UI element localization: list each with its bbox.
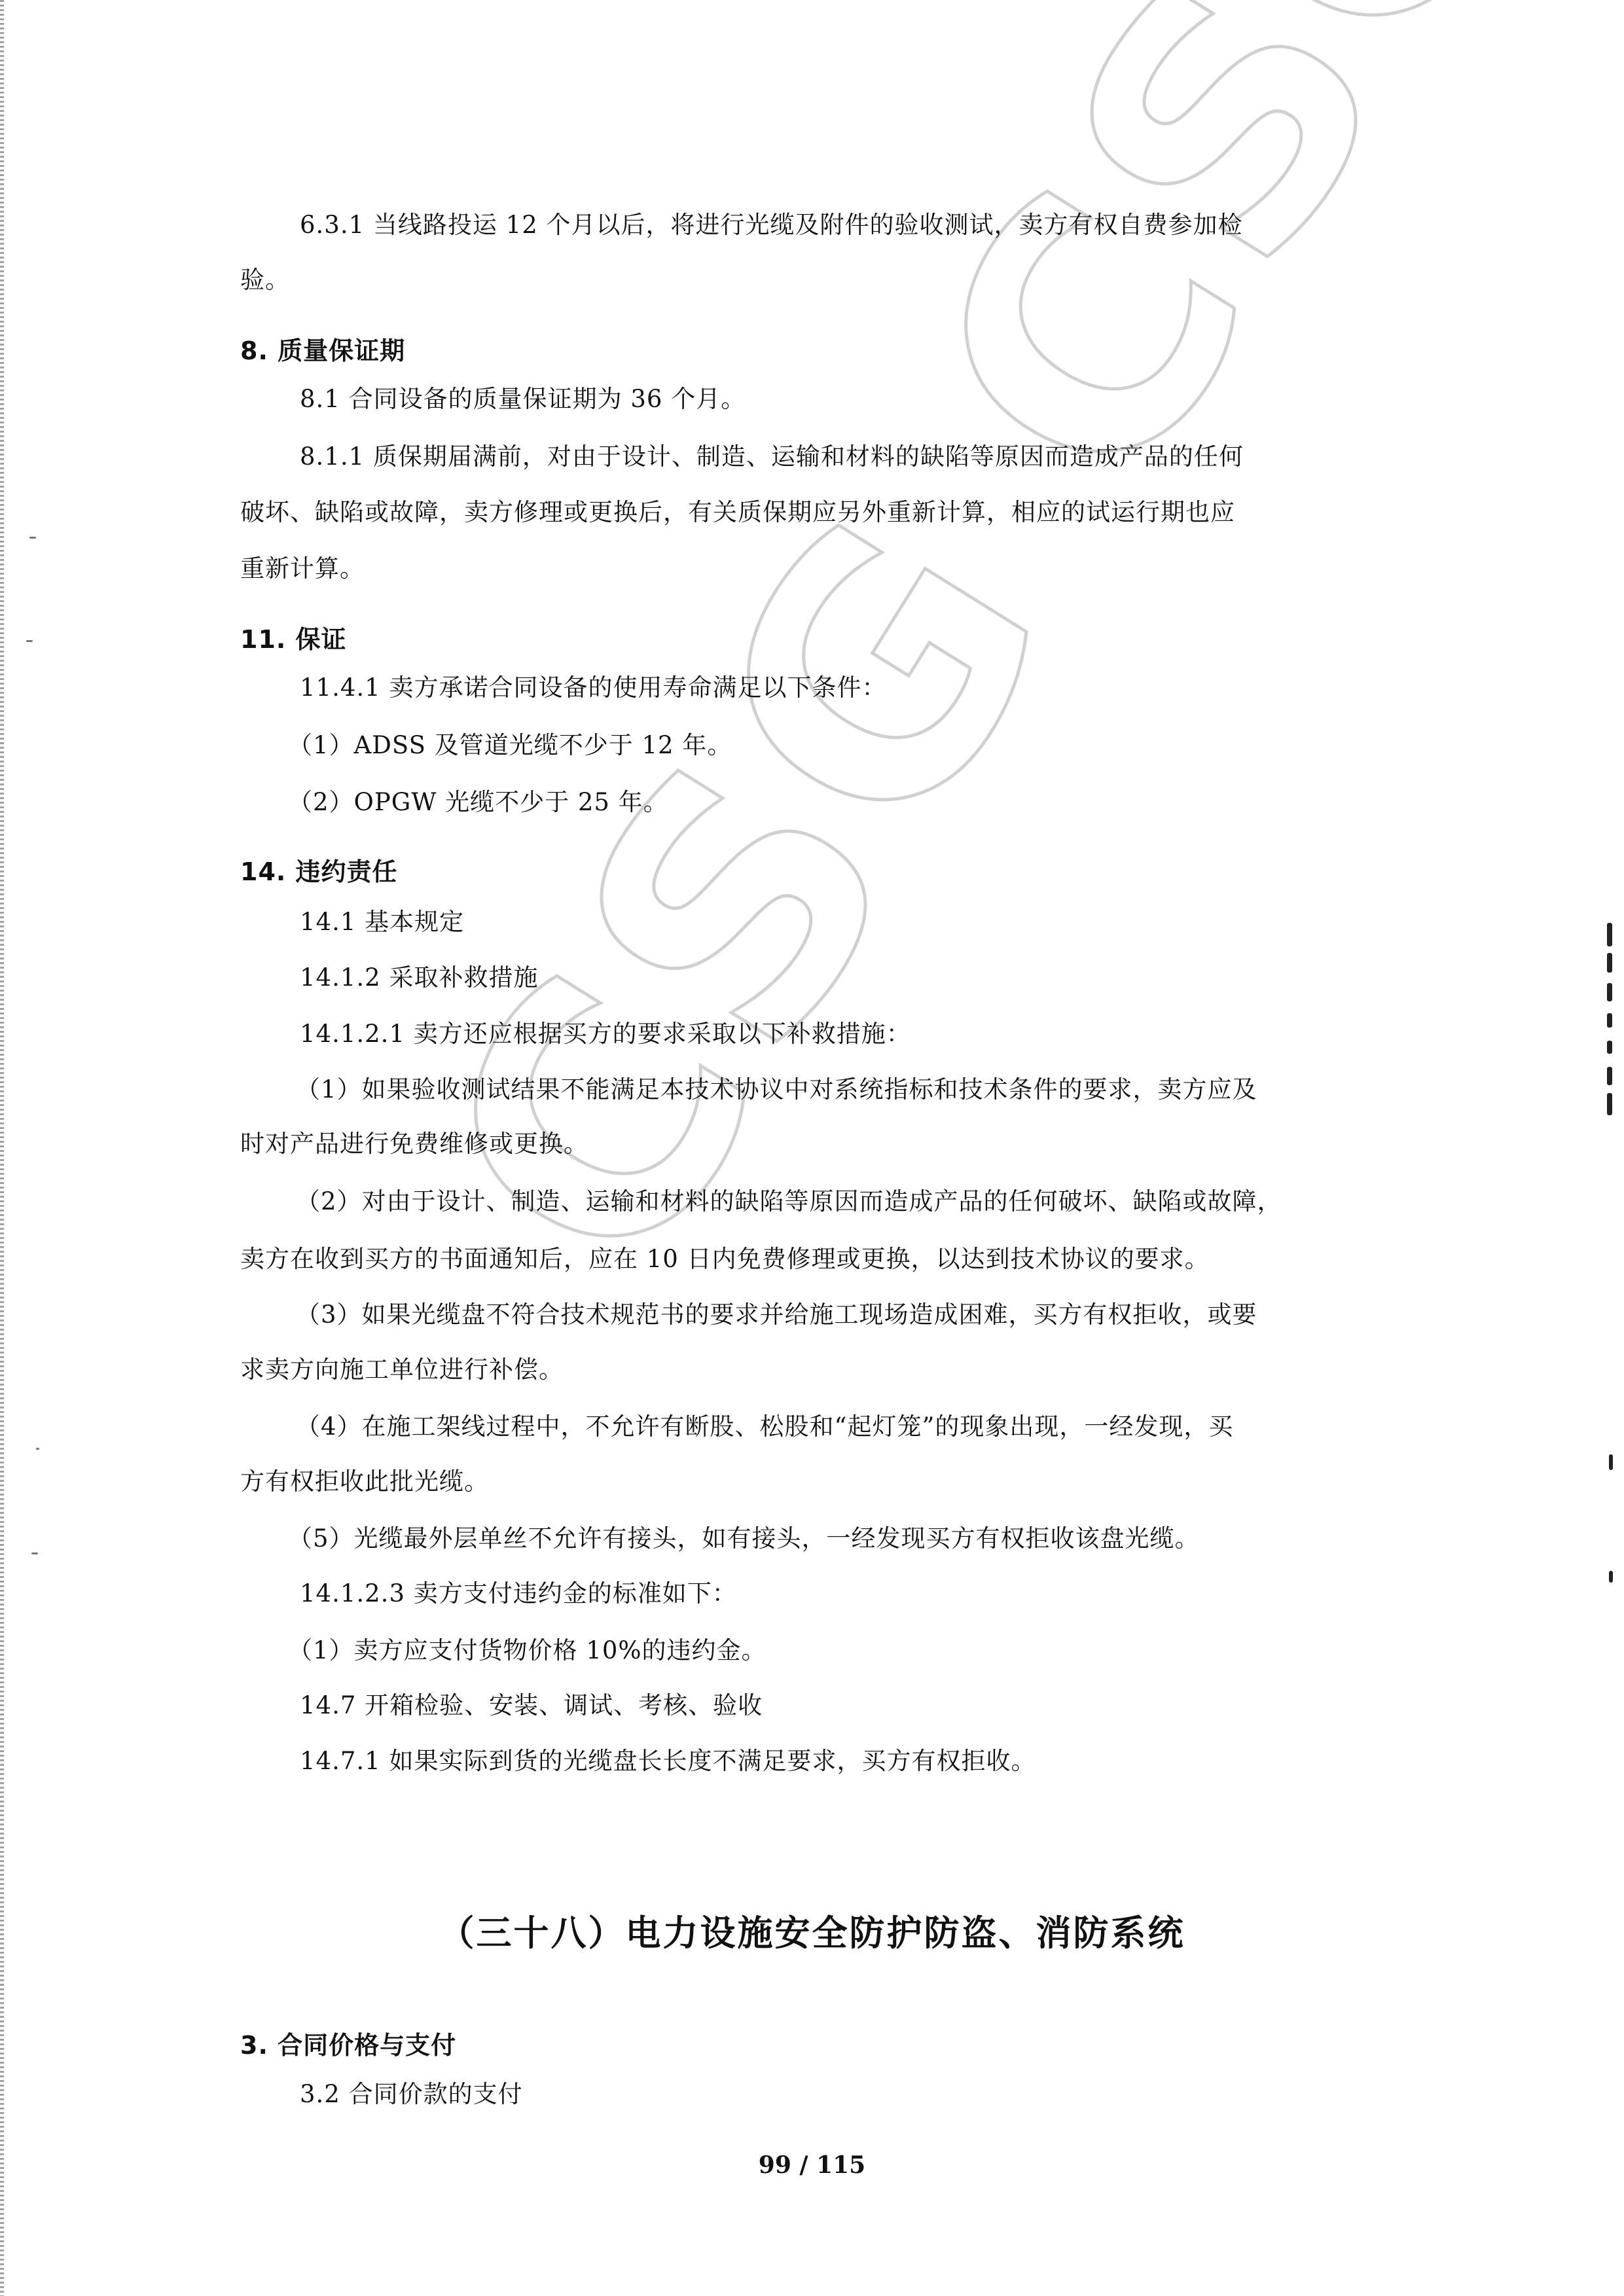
paragraph-line: （2）对由于设计、制造、运输和材料的缺陷等原因而造成产品的任何破坏、缺陷或故障， (296, 1187, 1282, 1216)
seal-bleed-mark (1607, 923, 1612, 946)
paragraph-line: 破坏、缺陷或故障，卖方修理或更换后，有关质保期应另外重新计算，相应的试运行期也应 (240, 498, 1235, 527)
paragraph-line: （5）光缆最外层单丝不允许有接头，如有接头，一经发现买方有权拒收该盘光缆。 (288, 1524, 1200, 1553)
paragraph-line: 8.1 合同设备的质量保证期为 36 个月。 (300, 385, 746, 414)
paragraph-line: 8.1.1 质保期届满前，对由于设计、制造、运输和材料的缺陷等原因而造成产品的任… (300, 442, 1244, 471)
paragraph-line: 14.1 基本规定 (300, 908, 464, 937)
seal-bleed-mark (1609, 1454, 1613, 1470)
paragraph-line: （2）OPGW 光缆不少于 25 年。 (288, 788, 668, 817)
section-heading: 8. 质量保证期 (240, 336, 405, 365)
paragraph-line: 14.7.1 如果实际到货的光缆盘长长度不满足要求，买方有权拒收。 (300, 1747, 1036, 1776)
scan-speck (36, 1448, 39, 1450)
paragraph-line: 方有权拒收此批光缆。 (240, 1467, 489, 1496)
section-heading: 14. 违约责任 (240, 857, 398, 886)
paragraph-line: 求卖方向施工单位进行补偿。 (240, 1355, 564, 1384)
paragraph-line: 3.2 合同价款的支付 (300, 2080, 523, 2109)
paragraph-line: 11.4.1 卖方承诺合同设备的使用寿命满足以下条件： (300, 673, 886, 702)
scan-speck (26, 640, 33, 642)
section-heading: 11. 保证 (240, 625, 347, 654)
seal-bleed-mark (1607, 1067, 1612, 1085)
paragraph-line: 6.3.1 当线路投运 12 个月以后，将进行光缆及附件的验收测试，卖方有权自费… (300, 211, 1243, 240)
paragraph-line: 时对产品进行免费维修或更换。 (240, 1130, 588, 1158)
seal-bleed-mark (1607, 953, 1612, 973)
paragraph-line: 重新计算。 (240, 554, 365, 583)
paragraph-line: （1）卖方应支付货物价格 10%的违约金。 (288, 1636, 767, 1665)
seal-bleed-mark (1609, 1571, 1613, 1583)
document-page: CSG CSG 6.3.1 当线路投运 12 个月以后，将进行光缆及附件的验收测… (0, 0, 1624, 2296)
scan-speck (29, 537, 36, 539)
seal-bleed-mark (1607, 1093, 1612, 1115)
section-title: （三十八）电力设施安全防护防盗、消防系统 (0, 1912, 1624, 1954)
seal-bleed-mark (1607, 983, 1612, 1001)
paragraph-line: 验。 (240, 266, 290, 295)
paragraph-line: （1）ADSS 及管道光缆不少于 12 年。 (288, 731, 732, 760)
seal-bleed-mark (1607, 1041, 1612, 1054)
paragraph-line: 14.1.2.3 卖方支付违约金的标准如下： (300, 1579, 737, 1608)
paragraph-line: （3）如果光缆盘不符合技术规范书的要求并给施工现场造成困难，买方有权拒收，或要 (296, 1300, 1257, 1329)
paragraph-line: 14.1.2 采取补救措施 (300, 963, 538, 992)
paragraph-line: （1）如果验收测试结果不能满足本技术协议中对系统指标和技术条件的要求，卖方应及 (296, 1075, 1257, 1104)
paragraph-line: 卖方在收到买方的书面通知后，应在 10 日内免费修理或更换，以达到技术协议的要求… (240, 1245, 1210, 1274)
page-number: 99 / 115 (0, 2151, 1624, 2179)
section-heading: 3. 合同价格与支付 (240, 2031, 456, 2060)
paragraph-line: 14.7 开箱检验、安装、调试、考核、验收 (300, 1691, 763, 1720)
seal-bleed-mark (1607, 1013, 1612, 1028)
paragraph-line: （4）在施工架线过程中，不允许有断股、松股和“起灯笼”的现象出现，一经发现，买 (296, 1412, 1233, 1441)
paragraph-line: 14.1.2.1 卖方还应根据买方的要求采取以下补救措施： (300, 1020, 911, 1049)
scan-speck (31, 1552, 38, 1554)
